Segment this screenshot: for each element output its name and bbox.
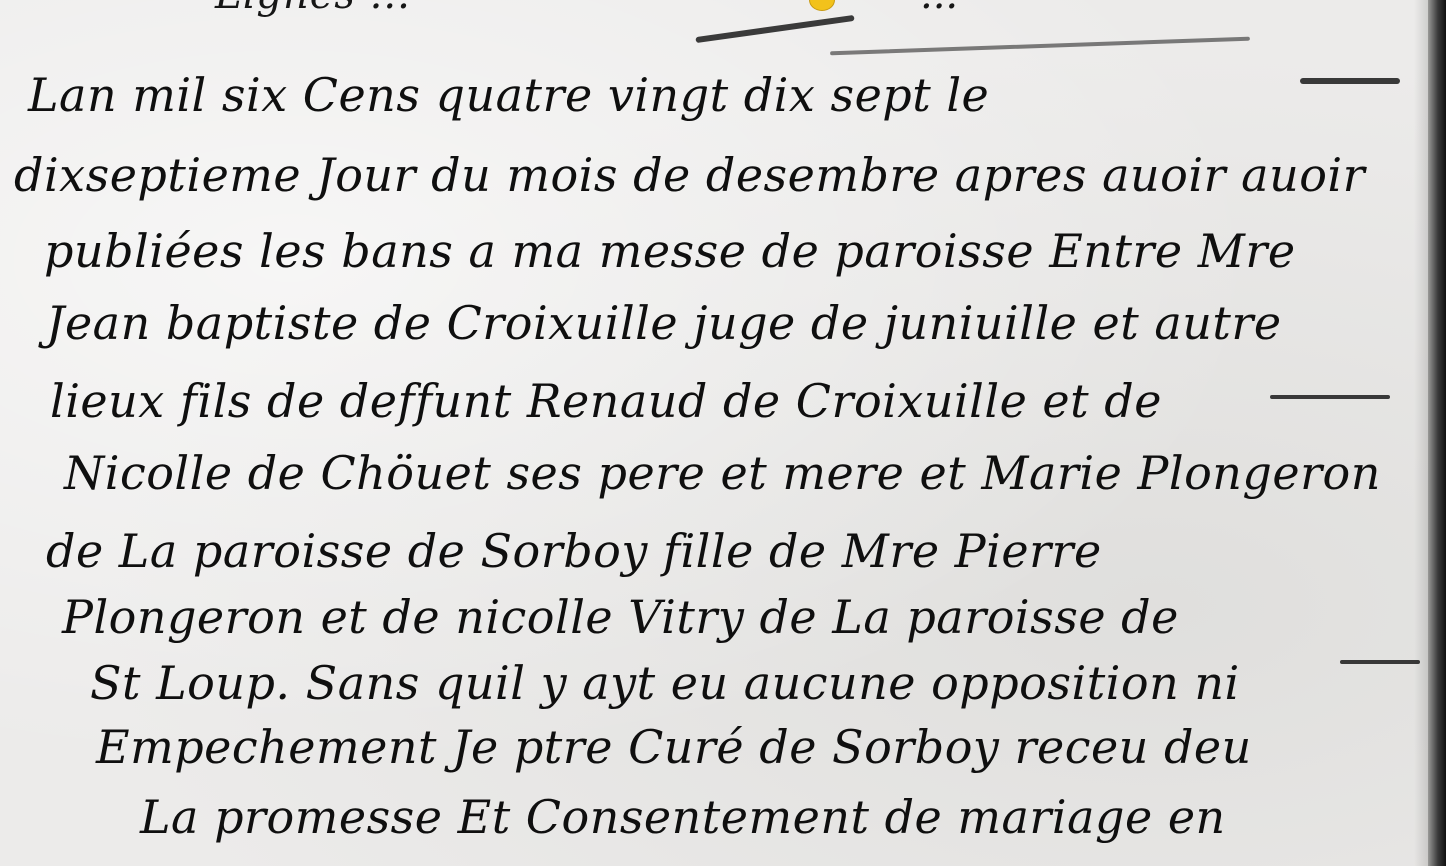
text-line-5: lieux fils de deffunt Renaud de Croixuil… bbox=[50, 378, 1162, 424]
ink-stroke bbox=[1270, 395, 1390, 399]
text-line-7: de La paroisse de Sorboy fille de Mre Pi… bbox=[46, 528, 1102, 574]
page-binding-edge bbox=[1428, 0, 1446, 866]
page-gutter-shadow bbox=[1414, 0, 1428, 866]
ink-stroke bbox=[1340, 660, 1420, 664]
highlight-marker-icon bbox=[810, 0, 834, 10]
text-line-4: Jean baptiste de Croixuille juge de juni… bbox=[46, 300, 1282, 346]
text-line-2: dixseptieme Jour du mois de desembre apr… bbox=[14, 152, 1365, 198]
top-fragment-text-2: ... bbox=[920, 0, 958, 18]
text-line-1: Lan mil six Cens quatre vingt dix sept l… bbox=[28, 72, 989, 118]
ink-stroke bbox=[695, 15, 854, 43]
text-line-9: St Loup. Sans quil y ayt eu aucune oppos… bbox=[90, 660, 1240, 706]
top-fragment-text: Lignes ... bbox=[215, 0, 411, 18]
text-line-3: publiées les bans a ma messe de paroisse… bbox=[44, 228, 1296, 274]
ink-stroke bbox=[830, 37, 1250, 56]
document-page: Lignes ... ... Lan mil six Cens quatre v… bbox=[0, 0, 1446, 866]
ink-stroke bbox=[1300, 78, 1400, 84]
text-line-11: La promesse Et Consentement de mariage e… bbox=[140, 794, 1226, 840]
text-line-10: Empechement Je ptre Curé de Sorboy receu… bbox=[96, 724, 1252, 770]
text-line-8: Plongeron et de nicolle Vitry de La paro… bbox=[62, 594, 1179, 640]
text-line-6: Nicolle de Chöuet ses pere et mere et Ma… bbox=[64, 450, 1381, 496]
